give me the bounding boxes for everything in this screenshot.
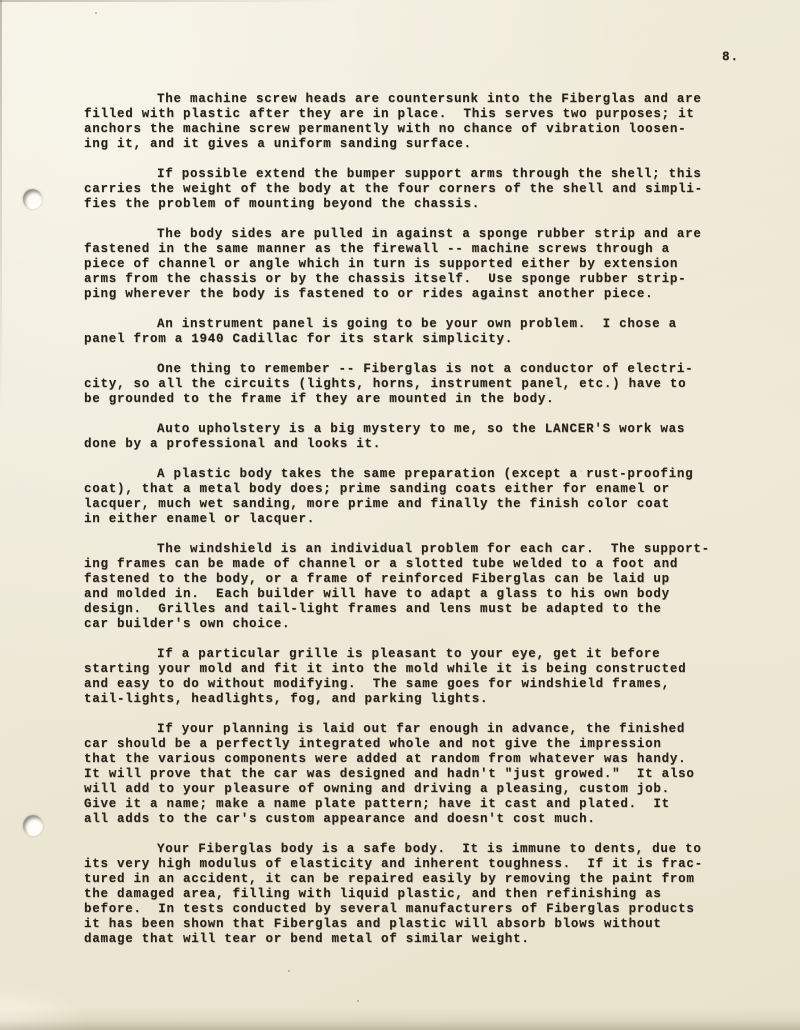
document-body: The machine screw heads are countersunk … <box>84 92 749 962</box>
page-number: 8. <box>722 50 739 64</box>
punch-hole-top <box>23 189 42 209</box>
paragraph: The windshield is an individual problem … <box>84 542 749 632</box>
paragraph: If a particular grille is pleasant to yo… <box>84 647 749 707</box>
paper-speck <box>580 470 582 472</box>
paragraph: A plastic body takes the same preparatio… <box>84 467 749 527</box>
paragraph: The body sides are pulled in against a s… <box>84 227 749 302</box>
punch-hole-bottom <box>23 815 43 836</box>
page-left-edge-shadow <box>0 0 2 420</box>
page: 8. The machine screw heads are countersu… <box>0 0 800 1030</box>
page-top-edge-shadow <box>0 0 340 2</box>
paper-speck <box>357 1000 359 1002</box>
paragraph: One thing to remember -- Fiberglas is no… <box>84 362 749 407</box>
paragraph: Auto upholstery is a big mystery to me, … <box>84 422 749 452</box>
paragraph: Your Fiberglas body is a safe body. It i… <box>84 842 749 947</box>
paper-speck <box>95 12 97 14</box>
paragraph: The machine screw heads are countersunk … <box>84 92 749 152</box>
paragraph: An instrument panel is going to be your … <box>84 317 749 347</box>
paper-speck <box>288 970 290 972</box>
paragraph: If possible extend the bumper support ar… <box>84 167 749 212</box>
paragraph: If your planning is laid out far enough … <box>84 722 749 827</box>
page-bottom-shadow <box>0 1008 800 1030</box>
